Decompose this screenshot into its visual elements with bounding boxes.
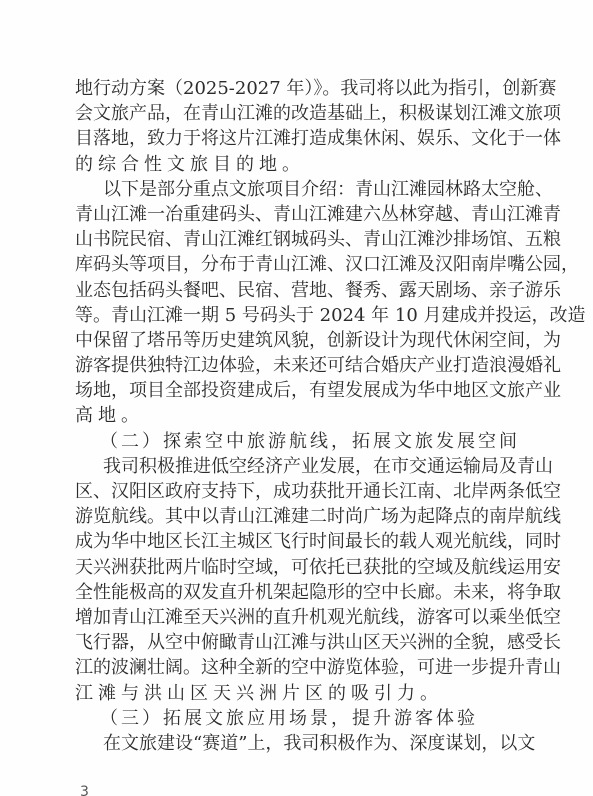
document-body: 地行动方案（2025-2027 年）》。我司将以此为指引，创新赛 会文旅产品，在… [75, 76, 512, 756]
text-line: 等。青山江滩一期 5 号码头于 2024 年 10 月建成并投运，改造 [75, 303, 512, 328]
text-line: 成为华中地区长江主城区飞行时间最长的载人观光航线，同时 [75, 529, 512, 554]
text-line: 地行动方案（2025-2027 年）》。我司将以此为指引，创新赛 [75, 76, 512, 101]
text-line: 业态包括码头餐吧、民宿、营地、餐秀、露天剧场、亲子游乐 [75, 278, 512, 303]
document-page: 地行动方案（2025-2027 年）》。我司将以此为指引，创新赛 会文旅产品，在… [0, 0, 593, 796]
text-line: 增加青山江滩至天兴洲的直升机观光航线，游客可以乘坐低空 [75, 605, 512, 630]
page-number: 3 [80, 784, 89, 796]
text-line: 场地，项目全部投资建成后，有望发展成为华中地区文旅产业 [75, 378, 512, 403]
text-line: 我司积极推进低空经济产业发展，在市交通运输局及青山 [75, 454, 512, 479]
text-line: 江滩与洪山区天兴洲片区的吸引力。 [75, 681, 512, 706]
section-heading: （二）探索空中旅游航线，拓展文旅发展空间 [75, 429, 512, 454]
text-line: 游客提供独特江边体验，未来还可结合婚庆产业打造浪漫婚礼 [75, 353, 512, 378]
text-line: 库码头等项目，分布于青山江滩、汉口江滩及汉阳南岸嘴公园， [75, 252, 512, 277]
text-line: 高地。 [75, 403, 512, 428]
section-heading: （三）拓展文旅应用场景，提升游客体验 [75, 706, 512, 731]
text-line: 飞行器，从空中俯瞰青山江滩与洪山区天兴洲的全貌，感受长 [75, 630, 512, 655]
text-line: 以下是部分重点文旅项目介绍：青山江滩园林路太空舱、 [75, 177, 512, 202]
text-line: 目落地，致力于将这片江滩打造成集休闲、娱乐、文化于一体 [75, 126, 512, 151]
text-line: 游览航线。其中以青山江滩建二时尚广场为起降点的南岸航线 [75, 504, 512, 529]
text-line: 江的波澜壮阔。这种全新的空中游览体验，可进一步提升青山 [75, 655, 512, 680]
text-line: 在文旅建设“赛道”上，我司积极作为、深度谋划，以文 [75, 731, 512, 756]
text-line: 区、汉阳区政府支持下，成功获批开通长江南、北岸两条低空 [75, 479, 512, 504]
text-line: 的综合性文旅目的地。 [75, 152, 512, 177]
text-line: 青山江滩一冶重建码头、青山江滩建六丛林穿越、青山江滩青 [75, 202, 512, 227]
text-line: 天兴洲获批两片临时空域，可依托已获批的空域及航线运用安 [75, 555, 512, 580]
text-line: 会文旅产品，在青山江滩的改造基础上，积极谋划江滩文旅项 [75, 101, 512, 126]
text-line: 全性能极高的双发直升机架起隐形的空中长廊。未来，将争取 [75, 580, 512, 605]
text-line: 山书院民宿、青山江滩红钢城码头、青山江滩沙排场馆、五粮 [75, 227, 512, 252]
text-line: 中保留了塔吊等历史建筑风貌，创新设计为现代休闲空间，为 [75, 328, 512, 353]
